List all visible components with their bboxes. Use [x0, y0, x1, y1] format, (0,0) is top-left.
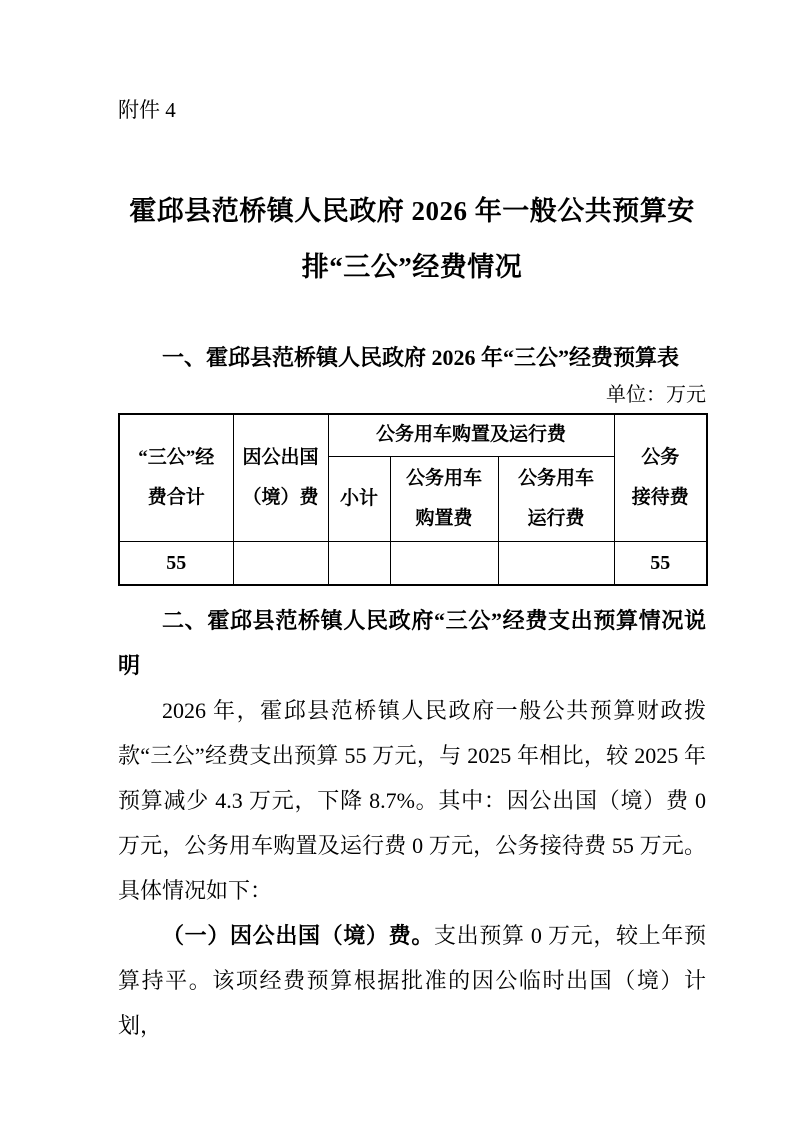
cell-vehicle-purchase-value [390, 541, 498, 585]
cell-vehicle-operation-value [498, 541, 614, 585]
paragraph-summary: 2026 年，霍邱县范桥镇人民政府一般公共预算财政拨款“三公”经费支出预算 55… [118, 688, 706, 913]
header-cell-reception: 公务 接待费 [614, 414, 707, 541]
header-cell-vehicle-operation: 公务用车 运行费 [498, 456, 614, 541]
header-cell-sangong-total: “三公”经 费合计 [119, 414, 233, 541]
header-cell-vehicle-group: 公务用车购置及运行费 [328, 414, 614, 456]
cell-sangong-total-value: 55 [119, 541, 233, 585]
table-data-row: 55 55 [119, 541, 707, 585]
section1-heading: 一、霍邱县范桥镇人民政府 2026 年“三公”经费预算表 [118, 335, 706, 380]
attachment-label: 附件 4 [118, 95, 706, 125]
document-title: 霍邱县范桥镇人民政府 2026 年一般公共预算安排“三公”经费情况 [118, 183, 706, 295]
table-header-row-1: “三公”经 费合计 因公出国 （境）费 公务用车购置及运行费 公务 接待费 [119, 414, 707, 456]
budget-table: “三公”经 费合计 因公出国 （境）费 公务用车购置及运行费 公务 接待费 小计… [118, 413, 708, 586]
document-page: 附件 4 霍邱县范桥镇人民政府 2026 年一般公共预算安排“三公”经费情况 一… [0, 0, 793, 1122]
unit-label: 单位：万元 [118, 380, 706, 410]
section2-heading: 二、霍邱县范桥镇人民政府“三公”经费支出预算情况说明 [118, 598, 706, 688]
header-cell-subtotal: 小计 [328, 456, 390, 541]
cell-abroad-value [233, 541, 328, 585]
header-cell-vehicle-purchase: 公务用车 购置费 [390, 456, 498, 541]
cell-subtotal-value [328, 541, 390, 585]
paragraph-abroad: （一）因公出国（境）费。支出预算 0 万元，较上年预算持平。该项经费预算根据批准… [118, 913, 706, 1048]
cell-reception-value: 55 [614, 541, 707, 585]
header-cell-abroad: 因公出国 （境）费 [233, 414, 328, 541]
paragraph-abroad-lead: （一）因公出国（境）费。 [162, 923, 434, 948]
